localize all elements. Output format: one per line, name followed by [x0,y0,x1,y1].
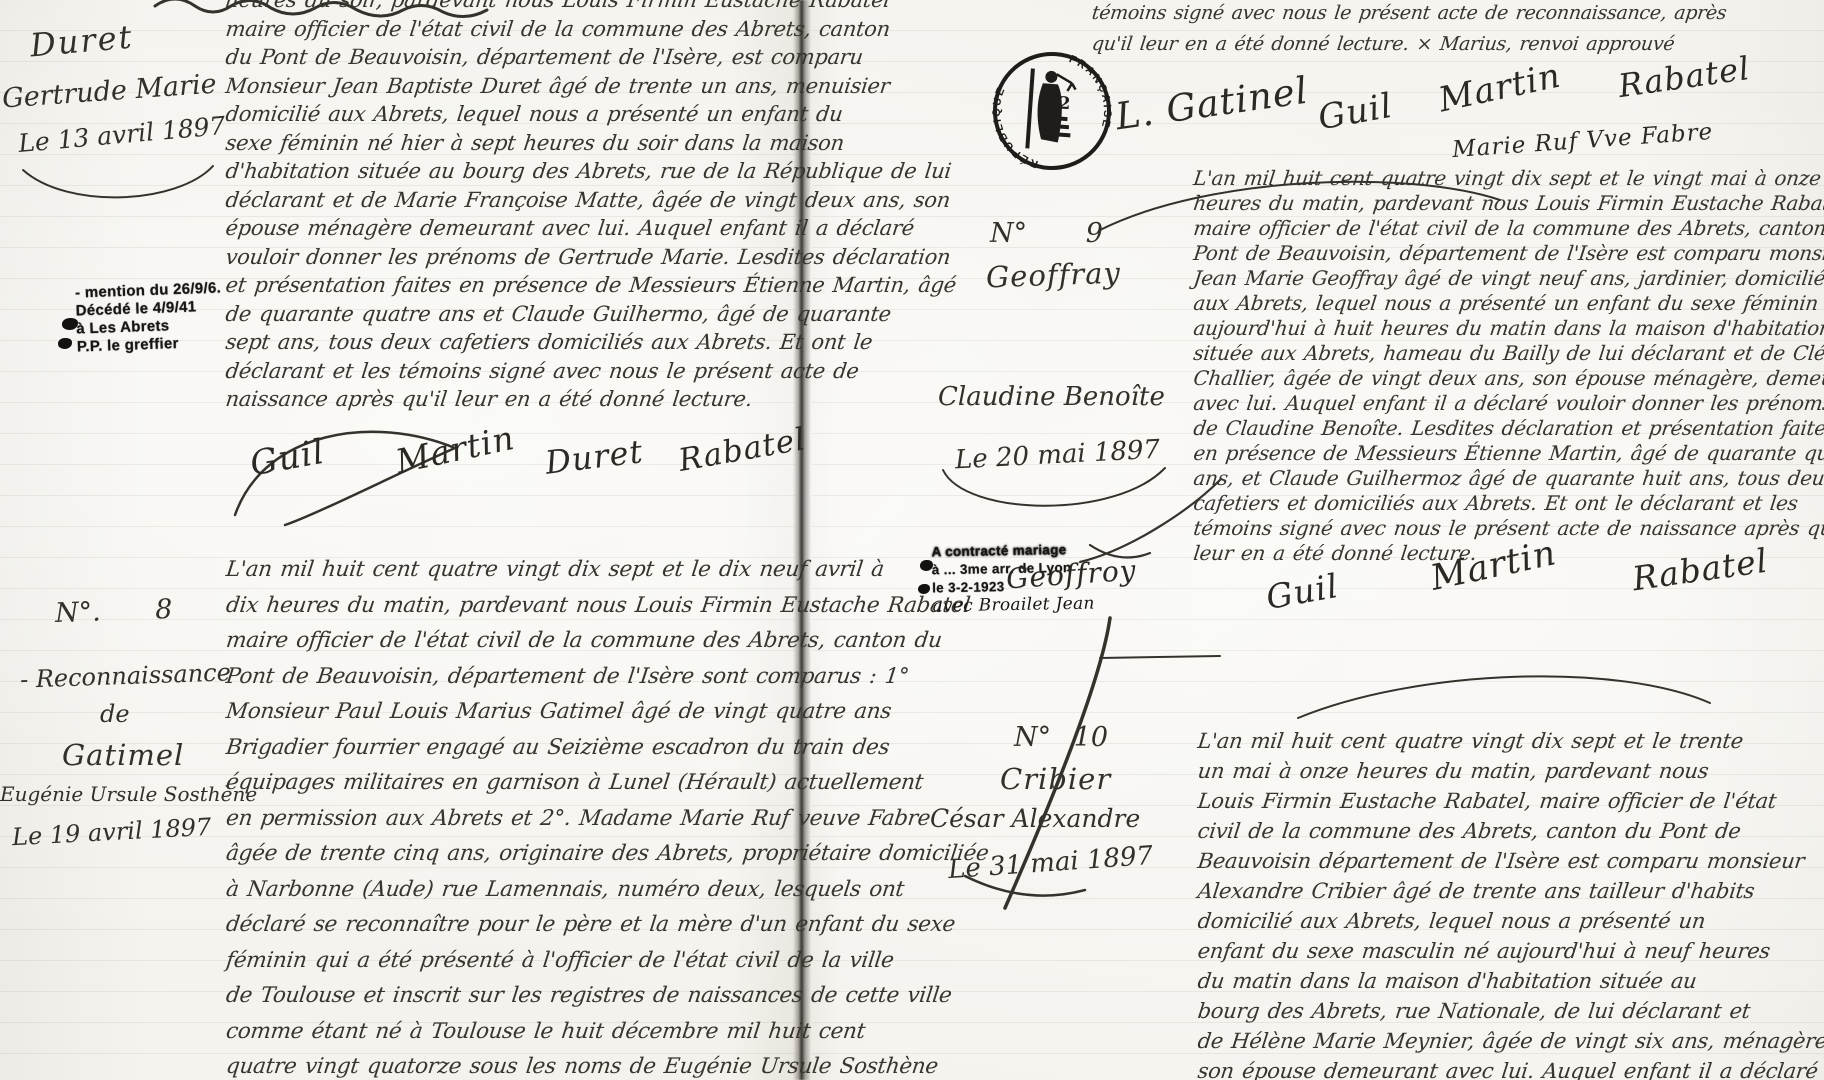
death-mention-stamp: - mention du 26/9/6.Décédé le 4/9/41à Le… [75,279,223,356]
text-line: de Hélène Marie Meynier, âgée de vingt s… [1196,1026,1824,1056]
text-line: L'an mil huit cent quatre vingt dix sept… [1196,726,1824,756]
text-line: un mai à onze heures du matin, pardevant… [1196,756,1824,786]
text-line: cafetiers et domiciliés aux Abrets. Et o… [1192,491,1824,516]
text-line: de Claudine Benoîte. Lesdites déclaratio… [1192,416,1824,441]
act-gatimel-continuation: témoins signé avec nous le présent acte … [1090,0,1724,60]
text-line: aux Abrets, lequel nous a présenté un en… [1192,291,1824,316]
text-line: heures du soir, pardevant nous Louis Fir… [224,0,958,15]
text-line: de Toulouse et inscrit sur les registres… [224,978,991,1014]
text-line: Monsieur Paul Louis Marius Gatimel âgé d… [224,694,991,730]
text-line: dix heures du matin, pardevant nous Loui… [224,588,991,624]
stamp-staff [1027,69,1033,149]
text-line: enfant du sexe masculin né aujourd'hui à… [1196,936,1824,966]
svg-text:RÉPUBLIQUE: RÉPUBLIQUE [987,84,1045,170]
divider-stroke [1096,652,1226,664]
text-line: sept ans, tous deux cafetiers domiciliés… [224,328,958,357]
text-line: à Narbonne (Aude) rue Lamennais, numéro … [224,872,991,908]
text-line: domicilié aux Abrets, lequel nous a prés… [224,100,958,129]
text-line: Beauvoisin département de l'Isère est co… [1196,846,1824,876]
text-line: Monsieur Jean Baptiste Duret âgé de tren… [224,72,958,101]
flourish-oval [8,152,228,212]
text-line: du Pont de Beauvoisin, département de l'… [224,43,958,72]
text-line: déclarant et de Marie Françoise Matte, â… [224,186,958,215]
civil-register-scan: Duret Gertrude Marie Le 13 avril 1897 - … [0,0,1824,1080]
text-line: maire officier de l'état civil de la com… [224,15,958,44]
text-line: sexe féminin né hier à sept heures du so… [224,129,958,158]
text-line: bourg des Abrets, rue Nationale, de lui … [1196,996,1824,1026]
stamp-value: 2 [1058,93,1071,114]
act-duret-body: heures du soir, pardevant nous Louis Fir… [224,0,954,414]
text-line: L'an mil huit cent quatre vingt dix sept… [224,552,991,588]
text-line: située aux Abrets, hameau du Bailly de l… [1192,341,1824,366]
signature-flourish [1290,668,1720,728]
margin-act8-surname: Gatimel [62,738,184,772]
text-line: témoins signé avec nous le présent acte … [1192,516,1824,541]
act-geoffray-body: L'an mil huit cent quatre vingt dix sept… [1192,166,1824,566]
text-line: et présentation faites en présence de Me… [224,271,958,300]
margin-act8-de: de [100,700,130,728]
stamp-text-republique: RÉPUBLIQUE [987,84,1045,170]
svg-text:FRANÇAISE: FRANÇAISE [1063,53,1117,130]
text-line: âgée de trente cinq ans, originaire des … [224,836,991,872]
margin-act9-number: N° 9 [990,218,1103,249]
text-line: d'habitation située au bourg des Abrets,… [224,157,958,186]
text-line: civil de la commune des Abrets, canton d… [1196,816,1824,846]
text-line: heures du matin, pardevant nous Louis Fi… [1192,191,1824,216]
text-line: vouloir donner les prénoms de Gertrude M… [224,243,958,272]
text-line: avec lui. Auquel enfant il a déclaré vou… [1192,391,1824,416]
text-line: Challier, âgée de vingt deux ans, son ép… [1192,366,1824,391]
text-line: son épouse demeurant avec lui. Auquel en… [1196,1056,1824,1080]
text-line: en présence de Messieurs Étienne Martin,… [1192,441,1824,466]
text-line: Brigadier fourrier engagé au Seizième es… [224,730,991,766]
text-line: Louis Firmin Eustache Rabatel, maire off… [1196,786,1824,816]
text-line: Jean Marie Geoffray âgé de vingt neuf an… [1192,266,1824,291]
text-line: déclarant et les témoins signé avec nous… [224,357,958,386]
text-line: maire officier de l'état civil de la com… [1192,216,1824,241]
text-line: maire officier de l'état civil de la com… [224,623,991,659]
act-gatimel-body: L'an mil huit cent quatre vingt dix sept… [224,552,986,1080]
margin-act9-surname: Geoffray [985,256,1121,295]
text-line: ans, et Claude Guilhermoz âgé de quarant… [1192,466,1824,491]
act-cribier-body: L'an mil huit cent quatre vingt dix sept… [1196,726,1824,1080]
text-line: en permission aux Abrets et 2°. Madame M… [224,801,991,837]
text-line: Pont de Beauvoisin, département de l'Isè… [1192,241,1824,266]
text-line: naissance après qu'il leur en a été donn… [224,385,958,414]
text-line: comme étant né à Toulouse le huit décemb… [224,1014,991,1050]
text-line: équipages militaires en garnison à Lunel… [224,765,991,801]
text-line: déclaré se reconnaître pour le père et l… [224,907,991,943]
text-line: Pont de Beauvoisin, département de l'Isè… [224,659,991,695]
margin-act8-number: N°. 8 [54,594,172,629]
text-line: du matin dans la maison d'habitation sit… [1196,966,1824,996]
text-line: domicilié aux Abrets, lequel nous a prés… [1196,906,1824,936]
text-line: témoins signé avec nous le présent acte … [1090,0,1728,29]
text-line: L'an mil huit cent quatre vingt dix sept… [1192,166,1824,191]
text-line: quatre vingt quatorze sous les noms de E… [224,1049,991,1080]
stamp-text-francaise: FRANÇAISE [1063,53,1117,130]
text-line: aujourd'hui à huit heures du matin dans … [1192,316,1824,341]
margin-act8-given: Eugénie Ursule Sosthène [0,782,257,806]
text-line: féminin qui a été présenté à l'officier … [224,943,991,979]
text-line: Alexandre Cribier âgé de trente ans tail… [1196,876,1824,906]
text-line: épouse ménagère demeurant avec lui. Auqu… [224,214,958,243]
margin-act9-given: Claudine Benoîte [938,382,1165,412]
text-line: de quarante quatre ans et Claude Guilher… [224,300,958,329]
text-line: qu'il leur en a été donné lecture. × Mar… [1090,29,1728,60]
